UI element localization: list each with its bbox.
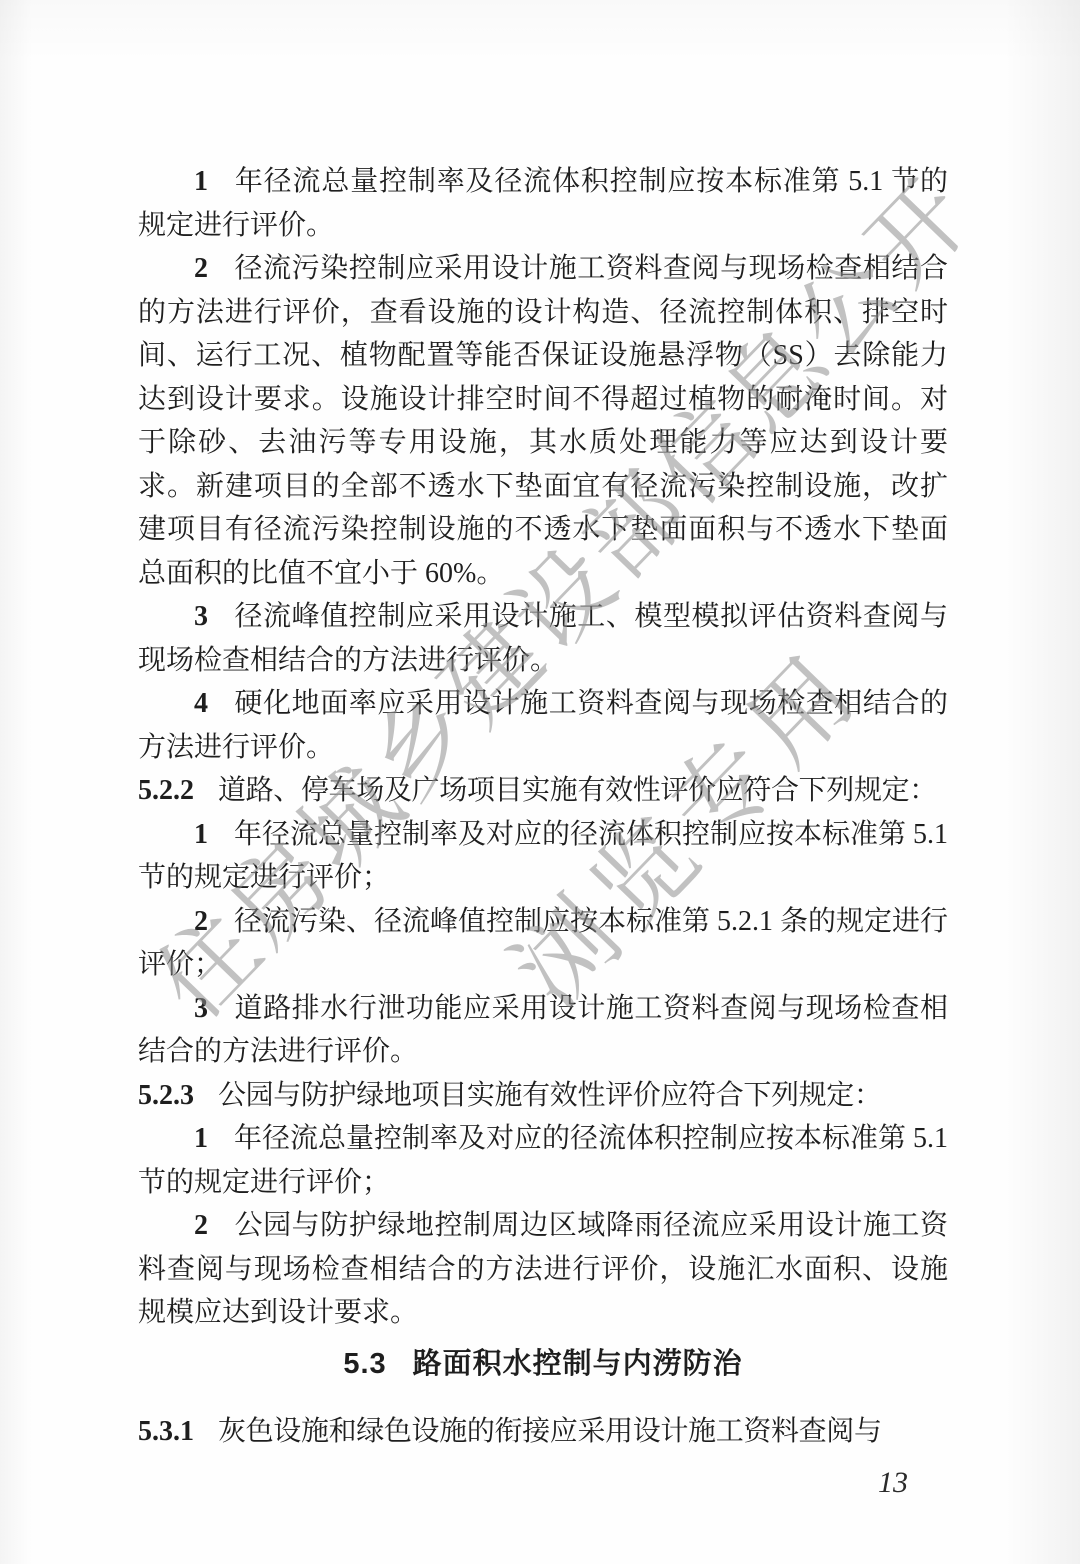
item-text: 硬化地面率应采用设计施工资料查阅与现场检查相结合的方法进行评价。 [138, 688, 948, 763]
item-text: 年径流总量控制率及对应的径流体积控制应按本标准第 5.1 节的规定进行评价； [138, 819, 948, 894]
item-number: 1 [194, 1123, 208, 1154]
numbered-item-2: 2径流污染、径流峰值控制应按本标准第 5.2.1 条的规定进行评价； [138, 900, 948, 987]
numbered-item-3: 3径流峰值控制应采用设计施工、模型模拟评估资料查阅与现场检查相结合的方法进行评价… [138, 595, 948, 682]
item-text: 径流污染控制应采用设计施工资料查阅与现场检查相结合的方法进行评价，查看设施的设计… [138, 253, 948, 589]
clause-text: 道路、停车场及广场项目实施有效性评价应符合下列规定： [218, 775, 937, 806]
item-number: 3 [194, 993, 208, 1024]
numbered-item-1: 1年径流总量控制率及径流体积控制应按本标准第 5.1 节的规定进行评价。 [138, 160, 948, 247]
section-title: 路面积水控制与内涝防治 [413, 1348, 743, 1380]
item-text: 年径流总量控制率及径流体积控制应按本标准第 5.1 节的规定进行评价。 [138, 166, 948, 241]
item-text: 道路排水行泄功能应采用设计施工资料查阅与现场检查相结合的方法进行评价。 [138, 993, 948, 1068]
item-text: 径流峰值控制应采用设计施工、模型模拟评估资料查阅与现场检查相结合的方法进行评价。 [138, 601, 948, 676]
numbered-item-3: 3道路排水行泄功能应采用设计施工资料查阅与现场检查相结合的方法进行评价。 [138, 987, 948, 1074]
document-page: 住房城乡建设部信息公开 浏览专用 1年径流总量控制率及径流体积控制应按本标准第 … [0, 0, 1080, 1564]
clause-number: 5.2.3 [138, 1080, 194, 1111]
clause-number: 5.2.2 [138, 775, 194, 806]
clause-5-2-2: 5.2.2道路、停车场及广场项目实施有效性评价应符合下列规定： [138, 769, 948, 813]
item-number: 1 [194, 819, 208, 850]
page-content: 1年径流总量控制率及径流体积控制应按本标准第 5.1 节的规定进行评价。 2径流… [138, 160, 948, 1454]
numbered-item-2: 2径流污染控制应采用设计施工资料查阅与现场检查相结合的方法进行评价，查看设施的设… [138, 247, 948, 595]
section-number: 5.3 [343, 1348, 386, 1380]
section-heading-5-3: 5.3路面积水控制与内涝防治 [138, 1343, 948, 1387]
clause-text: 灰色设施和绿色设施的衔接应采用设计施工资料查阅与 [218, 1416, 882, 1447]
item-number: 3 [194, 601, 208, 632]
clause-5-2-3: 5.2.3公园与防护绿地项目实施有效性评价应符合下列规定： [138, 1074, 948, 1118]
item-number: 2 [194, 253, 208, 284]
numbered-item-4: 4硬化地面率应采用设计施工资料查阅与现场检查相结合的方法进行评价。 [138, 682, 948, 769]
clause-5-3-1: 5.3.1灰色设施和绿色设施的衔接应采用设计施工资料查阅与 [138, 1410, 948, 1454]
item-number: 4 [194, 688, 208, 719]
numbered-item-1: 1年径流总量控制率及对应的径流体积控制应按本标准第 5.1 节的规定进行评价； [138, 1117, 948, 1204]
numbered-item-1: 1年径流总量控制率及对应的径流体积控制应按本标准第 5.1 节的规定进行评价； [138, 813, 948, 900]
numbered-item-2: 2公园与防护绿地控制周边区域降雨径流应采用设计施工资料查阅与现场检查相结合的方法… [138, 1204, 948, 1335]
item-text: 年径流总量控制率及对应的径流体积控制应按本标准第 5.1 节的规定进行评价； [138, 1123, 948, 1198]
page-number: 13 [878, 1466, 908, 1500]
item-number: 1 [194, 166, 208, 197]
item-number: 2 [194, 1210, 208, 1241]
clause-number: 5.3.1 [138, 1416, 194, 1447]
item-text: 公园与防护绿地控制周边区域降雨径流应采用设计施工资料查阅与现场检查相结合的方法进… [138, 1210, 948, 1328]
clause-text: 公园与防护绿地项目实施有效性评价应符合下列规定： [218, 1080, 882, 1111]
item-text: 径流污染、径流峰值控制应按本标准第 5.2.1 条的规定进行评价； [138, 906, 948, 981]
item-number: 2 [194, 906, 208, 937]
